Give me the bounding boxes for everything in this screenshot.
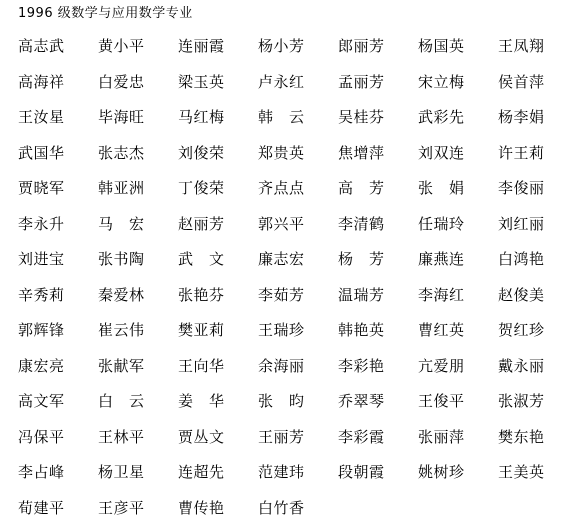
student-name: 赵俊美 <box>498 288 578 303</box>
roster-row: 刘进宝张书陶武 文廉志宏杨 芳廉燕连白鸿艳 <box>18 242 580 278</box>
student-name: 刘进宝 <box>18 252 98 267</box>
roster-row: 高海祥白爱忠梁玉英卢永红孟丽芳宋立梅侯首萍 <box>18 65 580 101</box>
student-name: 段朝霞 <box>338 465 418 480</box>
student-name: 辛秀莉 <box>18 288 98 303</box>
roster-row: 王汝星毕海旺马红梅韩 云吴桂芬武彩先杨李娟 <box>18 100 580 136</box>
student-name: 刘双连 <box>418 146 498 161</box>
student-name: 贾晓军 <box>18 181 98 196</box>
student-name: 杨国英 <box>418 39 498 54</box>
page-title: 1996 级数学与应用数学专业 <box>0 0 580 21</box>
student-name: 曹传艳 <box>178 501 258 516</box>
roster-row: 郭辉锋崔云伟樊亚莉王瑞珍韩艳英曹红英贺红珍 <box>18 313 580 349</box>
student-name: 张淑芳 <box>498 394 578 409</box>
student-name: 齐点点 <box>258 181 338 196</box>
student-name: 王汝星 <box>18 110 98 125</box>
student-name: 郭兴平 <box>258 217 338 232</box>
student-name: 焦增萍 <box>338 146 418 161</box>
student-name: 梁玉英 <box>178 75 258 90</box>
student-name: 高 芳 <box>338 181 418 196</box>
student-name: 王林平 <box>98 430 178 445</box>
student-name: 许王莉 <box>498 146 578 161</box>
student-name: 曹红英 <box>418 323 498 338</box>
student-name: 高志武 <box>18 39 98 54</box>
student-name: 郭辉锋 <box>18 323 98 338</box>
roster-row: 辛秀莉秦爱林张艳芬李茹芳温瑞芳李海红赵俊美 <box>18 278 580 314</box>
student-name: 白鸿艳 <box>498 252 578 267</box>
student-name: 杨小芳 <box>258 39 338 54</box>
student-name: 杨 芳 <box>338 252 418 267</box>
student-name: 李彩艳 <box>338 359 418 374</box>
student-name: 樊东艳 <box>498 430 578 445</box>
student-name: 马 宏 <box>98 217 178 232</box>
student-name: 余海丽 <box>258 359 338 374</box>
student-name: 王美英 <box>498 465 578 480</box>
student-name: 韩 云 <box>258 110 338 125</box>
student-name: 李海红 <box>418 288 498 303</box>
student-name: 黄小平 <box>98 39 178 54</box>
student-name: 张丽萍 <box>418 430 498 445</box>
student-name: 武 文 <box>178 252 258 267</box>
student-name: 白竹香 <box>258 501 338 516</box>
student-name: 韩亚洲 <box>98 181 178 196</box>
student-name: 亢爱朋 <box>418 359 498 374</box>
student-name: 宋立梅 <box>418 75 498 90</box>
student-name: 范建玮 <box>258 465 338 480</box>
student-name: 崔云伟 <box>98 323 178 338</box>
student-name: 乔翠琴 <box>338 394 418 409</box>
student-name: 秦爱林 <box>98 288 178 303</box>
student-name: 侯首萍 <box>498 75 578 90</box>
student-name: 廉燕连 <box>418 252 498 267</box>
roster-row: 康宏亮张献军王向华余海丽李彩艳亢爱朋戴永丽 <box>18 349 580 385</box>
roster-row: 武国华张志杰刘俊荣郑贵英焦增萍刘双连许王莉 <box>18 136 580 172</box>
student-name: 杨李娟 <box>498 110 578 125</box>
student-name: 王丽芳 <box>258 430 338 445</box>
student-name: 任瑞玲 <box>418 217 498 232</box>
student-name: 毕海旺 <box>98 110 178 125</box>
roster-row: 荀建平王彦平曹传艳白竹香 <box>18 491 580 525</box>
student-name: 温瑞芳 <box>338 288 418 303</box>
student-name: 武国华 <box>18 146 98 161</box>
student-name: 张献军 <box>98 359 178 374</box>
student-name: 刘红丽 <box>498 217 578 232</box>
student-name: 李茹芳 <box>258 288 338 303</box>
roster-row: 高志武黄小平连丽霞杨小芳郎丽芳杨国英王凤翔 <box>18 29 580 65</box>
student-name: 王彦平 <box>98 501 178 516</box>
student-name: 张志杰 <box>98 146 178 161</box>
student-name: 张 昀 <box>258 394 338 409</box>
student-name: 李占峰 <box>18 465 98 480</box>
roster-row: 李占峰杨卫星连超先范建玮段朝霞姚树珍王美英 <box>18 455 580 491</box>
student-name: 武彩先 <box>418 110 498 125</box>
student-name: 连超先 <box>178 465 258 480</box>
student-name: 贺红珍 <box>498 323 578 338</box>
student-name: 李永升 <box>18 217 98 232</box>
student-name: 李俊丽 <box>498 181 578 196</box>
student-name: 孟丽芳 <box>338 75 418 90</box>
student-name: 马红梅 <box>178 110 258 125</box>
student-name: 赵丽芳 <box>178 217 258 232</box>
student-name: 廉志宏 <box>258 252 338 267</box>
student-name: 王瑞珍 <box>258 323 338 338</box>
student-name: 姚树珍 <box>418 465 498 480</box>
student-name: 王向华 <box>178 359 258 374</box>
student-name: 张书陶 <box>98 252 178 267</box>
student-name: 李清鹤 <box>338 217 418 232</box>
student-name: 高海祥 <box>18 75 98 90</box>
student-name: 白 云 <box>98 394 178 409</box>
student-name: 姜 华 <box>178 394 258 409</box>
student-name: 张艳芬 <box>178 288 258 303</box>
student-name: 连丽霞 <box>178 39 258 54</box>
roster-row: 贾晓军韩亚洲丁俊荣齐点点高 芳张 娟李俊丽 <box>18 171 580 207</box>
student-name: 白爱忠 <box>98 75 178 90</box>
roster-row: 高文军白 云姜 华张 昀乔翠琴王俊平张淑芳 <box>18 384 580 420</box>
student-name: 丁俊荣 <box>178 181 258 196</box>
roster-row: 李永升马 宏赵丽芳郭兴平李清鹤任瑞玲刘红丽 <box>18 207 580 243</box>
student-name: 荀建平 <box>18 501 98 516</box>
student-name: 张 娟 <box>418 181 498 196</box>
roster-row: 冯保平王林平贾丛文王丽芳李彩霞张丽萍樊东艳 <box>18 420 580 456</box>
student-name: 韩艳英 <box>338 323 418 338</box>
student-name: 冯保平 <box>18 430 98 445</box>
student-name: 卢永红 <box>258 75 338 90</box>
student-name: 郎丽芳 <box>338 39 418 54</box>
student-name: 李彩霞 <box>338 430 418 445</box>
student-name: 刘俊荣 <box>178 146 258 161</box>
student-name: 戴永丽 <box>498 359 578 374</box>
roster: 高志武黄小平连丽霞杨小芳郎丽芳杨国英王凤翔高海祥白爱忠梁玉英卢永红孟丽芳宋立梅侯… <box>0 29 580 525</box>
student-name: 高文军 <box>18 394 98 409</box>
student-name: 王凤翔 <box>498 39 578 54</box>
student-name: 吴桂芬 <box>338 110 418 125</box>
student-name: 郑贵英 <box>258 146 338 161</box>
student-name: 樊亚莉 <box>178 323 258 338</box>
student-name: 杨卫星 <box>98 465 178 480</box>
document-page: 1996 级数学与应用数学专业 高志武黄小平连丽霞杨小芳郎丽芳杨国英王凤翔高海祥… <box>0 0 580 525</box>
student-name: 康宏亮 <box>18 359 98 374</box>
student-name: 贾丛文 <box>178 430 258 445</box>
student-name: 王俊平 <box>418 394 498 409</box>
